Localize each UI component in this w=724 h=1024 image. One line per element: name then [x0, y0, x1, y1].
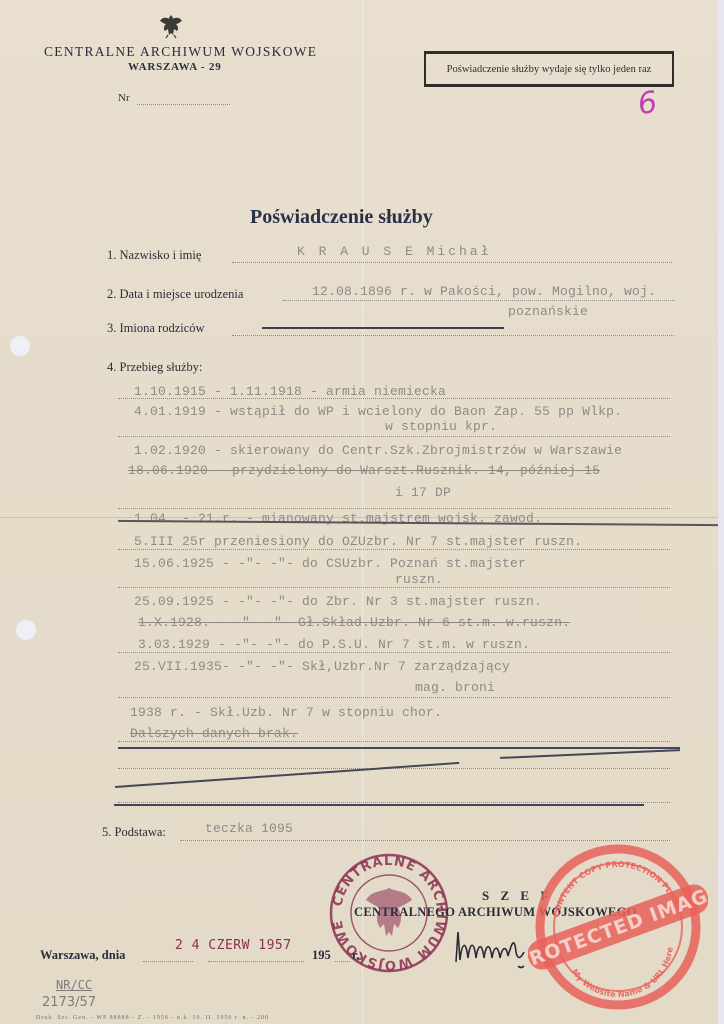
punch-hole-icon	[16, 620, 36, 640]
handwritten-mark: 6	[636, 85, 660, 122]
service-line	[118, 436, 670, 437]
service-entry: 15.06.1925 - -"- -"- do CSUzbr. Poznań s…	[134, 556, 526, 571]
blank-line	[118, 802, 670, 803]
service-entry: w stopniu kpr.	[385, 419, 497, 434]
date-month-line	[208, 961, 304, 962]
service-label: 4. Przebieg służby:	[107, 360, 202, 375]
parents-label: 3. Imiona rodziców	[107, 321, 205, 336]
service-entry: 25.09.1925 - -"- -"- do Zbr. Nr 3 st.maj…	[134, 594, 542, 609]
notice-box: Poświadczenie służby wydaje się tylko je…	[424, 51, 674, 87]
parents-line	[232, 335, 674, 336]
service-line	[118, 741, 670, 742]
service-entry: 25.VII.1935- -"- -"- Skł,Uzbr.Nr 7 zarzą…	[134, 659, 510, 674]
cancel-line	[114, 804, 644, 806]
reference-nr: NR/CC	[56, 978, 92, 992]
polish-eagle-emblem-icon	[157, 12, 185, 40]
notice-text: Poświadczenie służby wydaje się tylko je…	[447, 64, 652, 75]
birth-label: 2. Data i miejsce urodzenia	[107, 287, 243, 302]
reference-number: 2173/57	[42, 995, 96, 1010]
year-line	[335, 961, 350, 962]
nr-label: Nr	[118, 92, 130, 104]
page-title: Poświadczenie służby	[250, 206, 433, 229]
service-entry: 1.10.1915 - 1.11.1918 - armia niemiecka	[134, 384, 446, 399]
service-entry: 3.03.1929 - -"- -"- do P.S.U. Nr 7 st.m.…	[138, 637, 530, 652]
service-entry: mag. broni	[415, 680, 495, 695]
service-entry: i 17 DP	[395, 485, 451, 500]
year-prefix: 195	[312, 948, 331, 963]
document-page: CENTRALNE ARCHIWUM WOJSKOWE WARSZAWA - 2…	[0, 0, 718, 1024]
punch-hole-icon	[10, 336, 30, 356]
birth-value-line2: poznańskie	[508, 304, 588, 319]
date-day-line	[143, 961, 193, 962]
basis-label: 5. Podstawa:	[102, 825, 166, 840]
birth-line	[283, 300, 675, 301]
service-entry: 4.01.1919 - wstąpił do WP i wcielony do …	[134, 404, 622, 419]
service-entry: Dalszych danych brak.	[130, 726, 298, 741]
parents-strike-line	[262, 327, 504, 329]
service-entry: 5.III 25r przeniesiony do OZUzbr. Nr 7 s…	[134, 534, 582, 549]
name-value: K R A U S E Michał	[297, 244, 491, 259]
service-line	[118, 587, 670, 588]
service-line	[118, 398, 670, 399]
watermark-seal-icon: CONTENT COPY PROTECTION PLUGIN My Websit…	[528, 842, 708, 1012]
date-label: Warszawa, dnia	[40, 948, 125, 963]
cancel-line	[500, 749, 680, 758]
birth-value-line1: 12.08.1896 r. w Pakości, pow. Mogilno, w…	[312, 284, 656, 299]
service-entry: ruszn.	[395, 572, 443, 587]
basis-value: teczka 1095	[205, 821, 293, 836]
name-label: 1. Nazwisko i imię	[107, 248, 201, 263]
service-entry: 1.X.1928. - -"- -"- Gł.Skład.Uzbr. Nr 6 …	[138, 615, 570, 630]
service-line	[118, 508, 670, 509]
name-line	[232, 262, 672, 263]
blank-line	[118, 768, 670, 769]
header-city: WARSZAWA - 29	[128, 61, 222, 73]
service-entry: 1.02.1920 - skierowany do Centr.Szk.Zbro…	[134, 443, 622, 458]
year-suffix: r.	[352, 948, 360, 963]
service-line	[118, 697, 670, 698]
date-stamp: 2 4 CZERW 1957	[175, 938, 292, 953]
printer-imprint: Druk. Szt. Gen. - WP 88888 - Z. - 1956 -…	[36, 1015, 269, 1021]
header-organization: CENTRALNE ARCHIWUM WOJSKOWE	[44, 44, 317, 60]
basis-line	[180, 840, 670, 841]
service-line	[118, 652, 670, 653]
service-entry: 1938 r. - Skł.Uzb. Nr 7 w stopniu chor.	[130, 705, 442, 720]
service-line	[118, 549, 670, 550]
service-entry: 18.06.1920 - przydzielony do Warszt.Rusz…	[128, 463, 600, 478]
cancel-line	[118, 747, 680, 749]
nr-field-line	[137, 104, 230, 105]
cancel-line	[115, 762, 459, 788]
